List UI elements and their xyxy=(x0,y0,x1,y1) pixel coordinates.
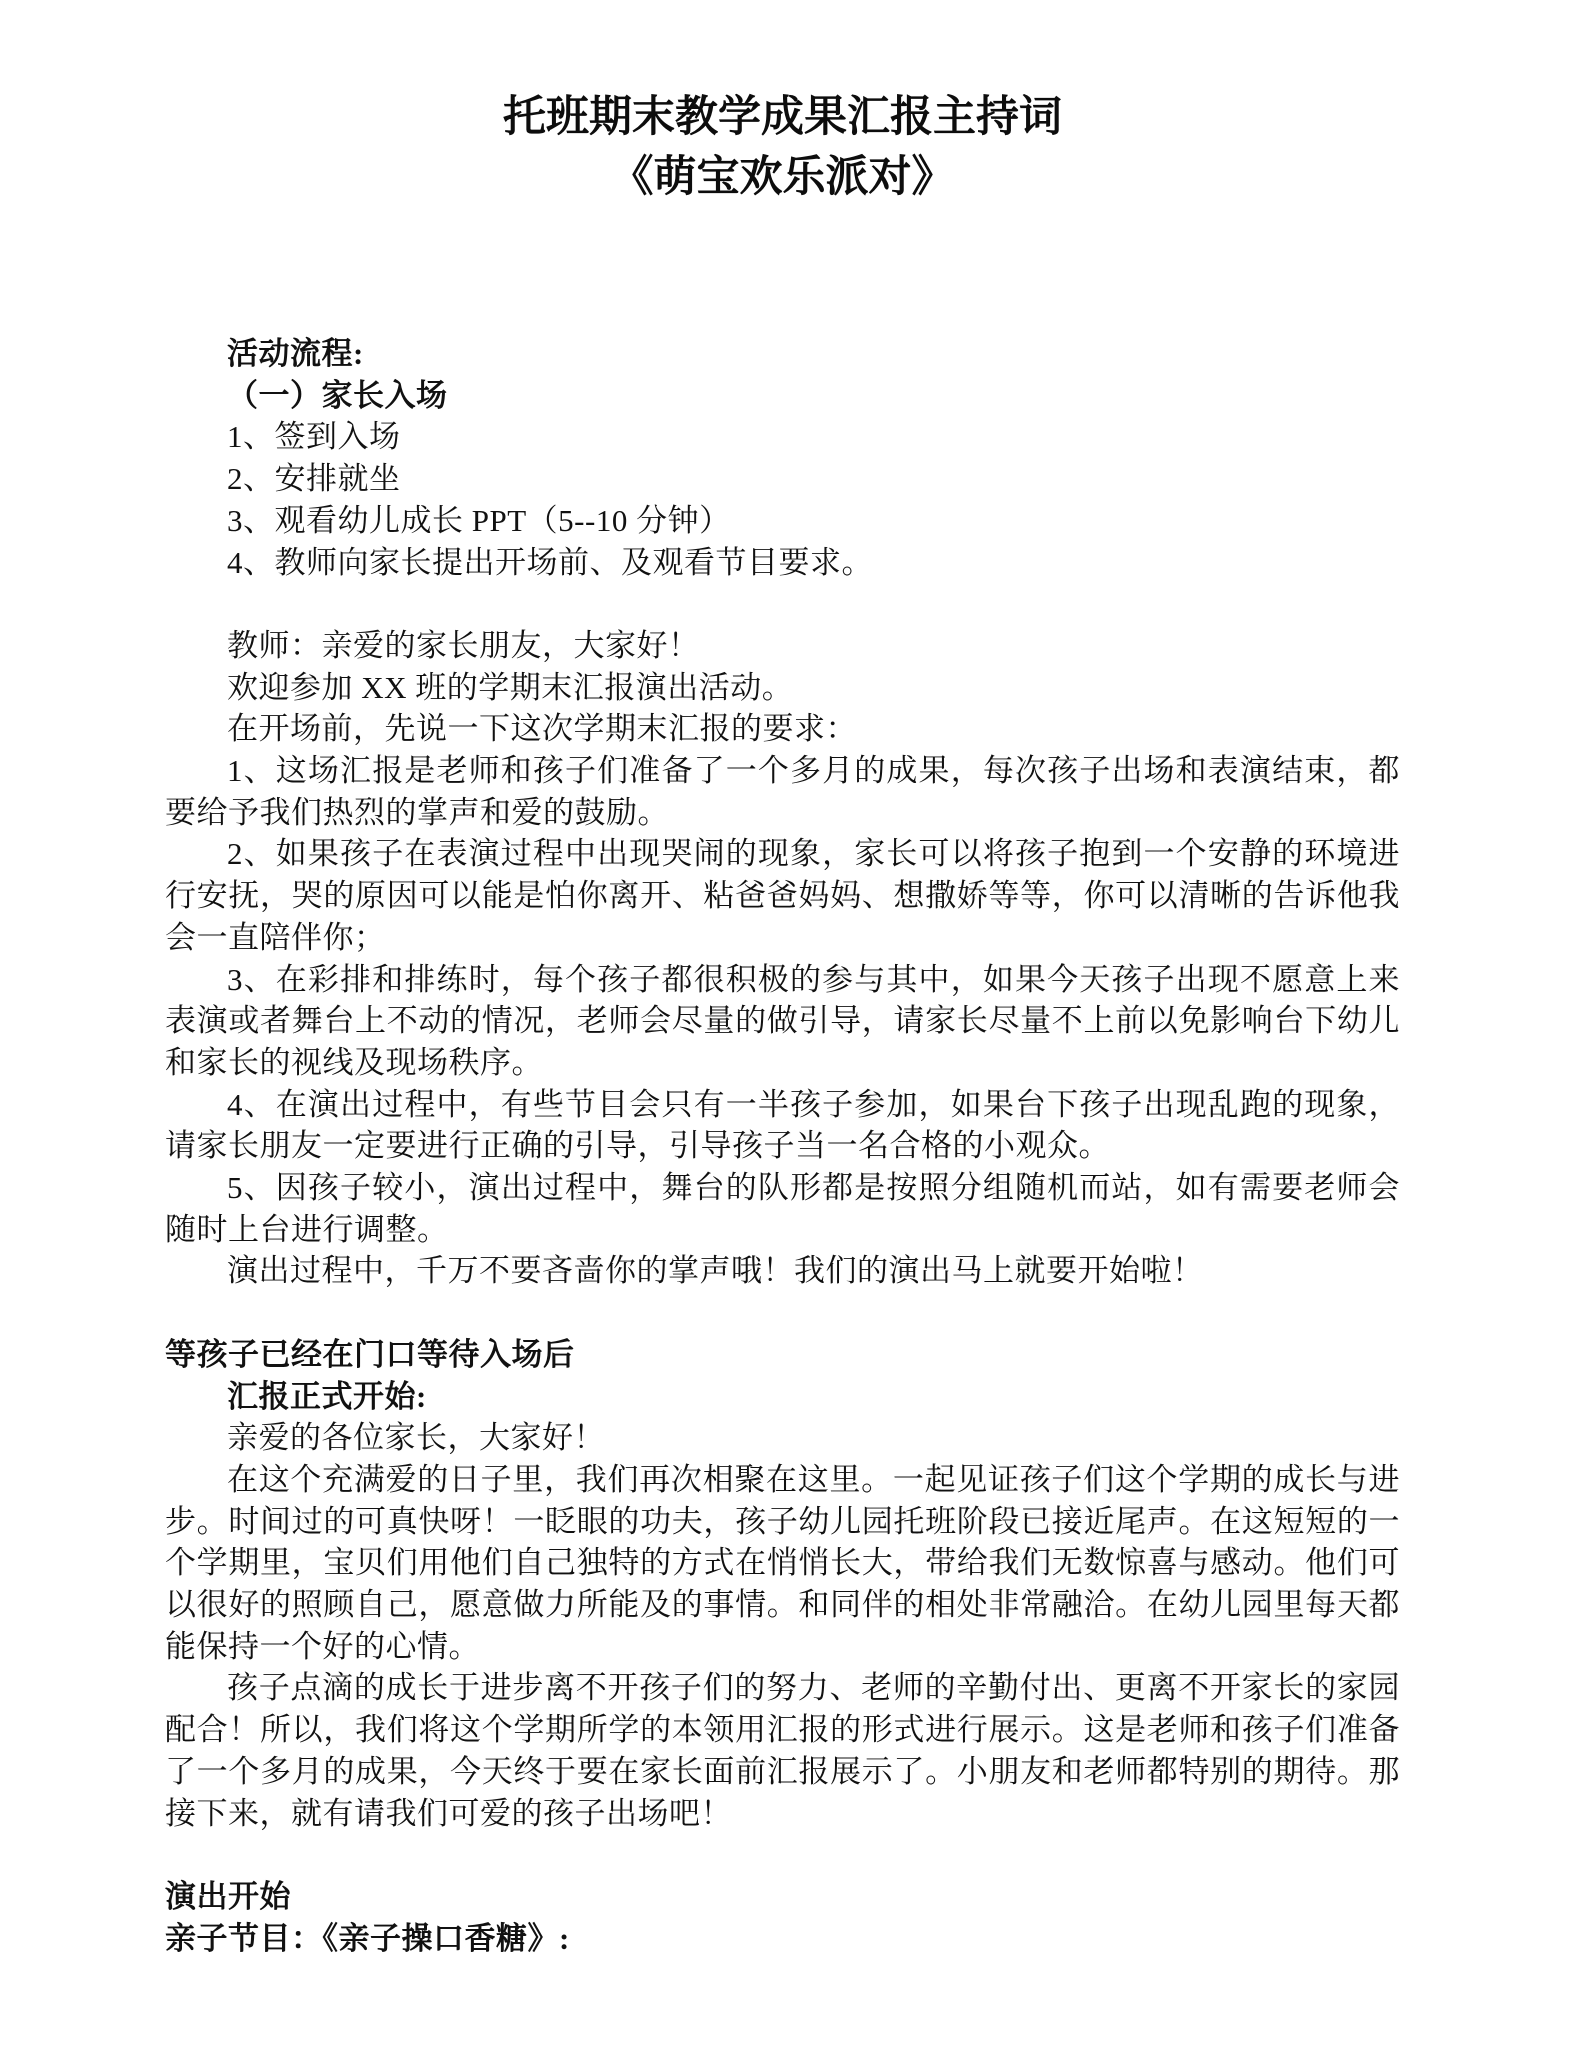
paragraph: 3、观看幼儿成长 PPT（5--10 分钟） xyxy=(165,500,1400,542)
document-page: 托班期末教学成果汇报主持词 《萌宝欢乐派对》 活动流程:（一）家长入场1、签到入… xyxy=(0,0,1587,2065)
paragraph: 2、如果孩子在表演过程中出现哭闹的现象，家长可以将孩子抱到一个安静的环境进行安抚… xyxy=(165,833,1400,958)
paragraph: 孩子点滴的成长于进步离不开孩子们的努力、老师的辛勤付出、更离不开家长的家园配合！… xyxy=(165,1667,1400,1834)
paragraph: 等孩子已经在门口等待入场后 xyxy=(165,1334,1400,1376)
paragraph: 4、在演出过程中，有些节目会只有一半孩子参加，如果台下孩子出现乱跑的现象，请家长… xyxy=(165,1084,1400,1167)
paragraph: 欢迎参加 XX 班的学期末汇报演出活动。 xyxy=(165,667,1400,709)
paragraph: 汇报正式开始: xyxy=(165,1376,1400,1418)
paragraph: 2、安排就坐 xyxy=(165,458,1400,500)
paragraph: 在这个充满爱的日子里，我们再次相聚在这里。一起见证孩子们这个学期的成长与进步。时… xyxy=(165,1459,1400,1668)
paragraph: （一）家长入场 xyxy=(165,375,1400,417)
paragraph: 亲爱的各位家长，大家好！ xyxy=(165,1417,1400,1459)
document-body: 活动流程:（一）家长入场1、签到入场2、安排就坐3、观看幼儿成长 PPT（5--… xyxy=(165,333,1400,1959)
paragraph: 在开场前，先说一下这次学期末汇报的要求： xyxy=(165,708,1400,750)
blank-line xyxy=(165,1834,1400,1876)
blank-line xyxy=(165,583,1400,625)
paragraph: 4、教师向家长提出开场前、及观看节目要求。 xyxy=(165,542,1400,584)
paragraph: 教师：亲爱的家长朋友，大家好！ xyxy=(165,625,1400,667)
paragraph: 1、签到入场 xyxy=(165,416,1400,458)
paragraph: 演出开始 xyxy=(165,1876,1400,1918)
paragraph: 亲子节目：《亲子操口香糖》: xyxy=(165,1918,1400,1960)
paragraph: 5、因孩子较小，演出过程中，舞台的队形都是按照分组随机而站，如有需要老师会随时上… xyxy=(165,1167,1400,1250)
blank-line xyxy=(165,1292,1400,1334)
paragraph: 演出过程中，千万不要吝啬你的掌声哦！我们的演出马上就要开始啦！ xyxy=(165,1250,1400,1292)
paragraph: 活动流程: xyxy=(165,333,1400,375)
document-title: 托班期末教学成果汇报主持词 xyxy=(165,88,1400,148)
paragraph: 1、这场汇报是老师和孩子们准备了一个多月的成果，每次孩子出场和表演结束，都要给予… xyxy=(165,750,1400,833)
paragraph: 3、在彩排和排练时，每个孩子都很积极的参与其中，如果今天孩子出现不愿意上来表演或… xyxy=(165,959,1400,1084)
document-subtitle: 《萌宝欢乐派对》 xyxy=(165,148,1400,208)
